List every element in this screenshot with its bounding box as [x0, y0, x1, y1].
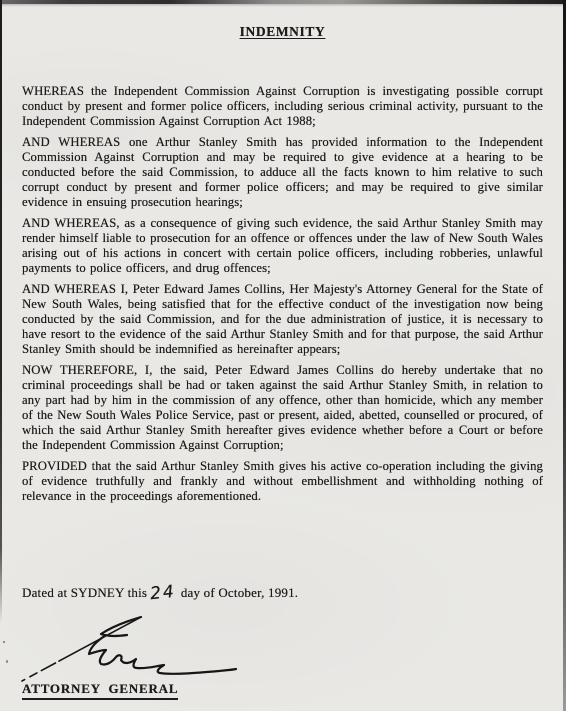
scan-artifact-speck: [6, 660, 8, 663]
date-prefix: Dated at SYDNEY this: [22, 585, 147, 600]
date-suffix: day of October, 1991.: [181, 585, 298, 600]
scan-artifact-speck: [3, 641, 5, 643]
signatory-role-label: ATTORNEY GENERAL: [22, 681, 178, 700]
handwritten-day: 24: [149, 582, 177, 605]
paragraph: AND WHEREAS, as a consequence of giving …: [22, 216, 543, 276]
scanned-document-page: INDEMNITY WHEREAS the Independent Commis…: [0, 0, 566, 711]
paragraph-block: WHEREAS the Independent Commission Again…: [22, 84, 543, 504]
paragraph: AND WHEREAS I, Peter Edward James Collin…: [22, 282, 543, 357]
paragraph: NOW THEREFORE, I, the said, Peter Edward…: [22, 363, 543, 453]
document-title: INDEMNITY: [22, 24, 543, 40]
document-body: INDEMNITY WHEREAS the Independent Commis…: [0, 0, 566, 510]
paragraph: AND WHEREAS one Arthur Stanley Smith has…: [22, 135, 543, 210]
paragraph: PROVIDED that the said Arthur Stanley Sm…: [22, 459, 543, 504]
paragraph: WHEREAS the Independent Commission Again…: [22, 84, 543, 129]
signature-scrawl-icon: [20, 610, 240, 684]
date-line: Dated at SYDNEY this24day of October, 19…: [22, 582, 298, 602]
